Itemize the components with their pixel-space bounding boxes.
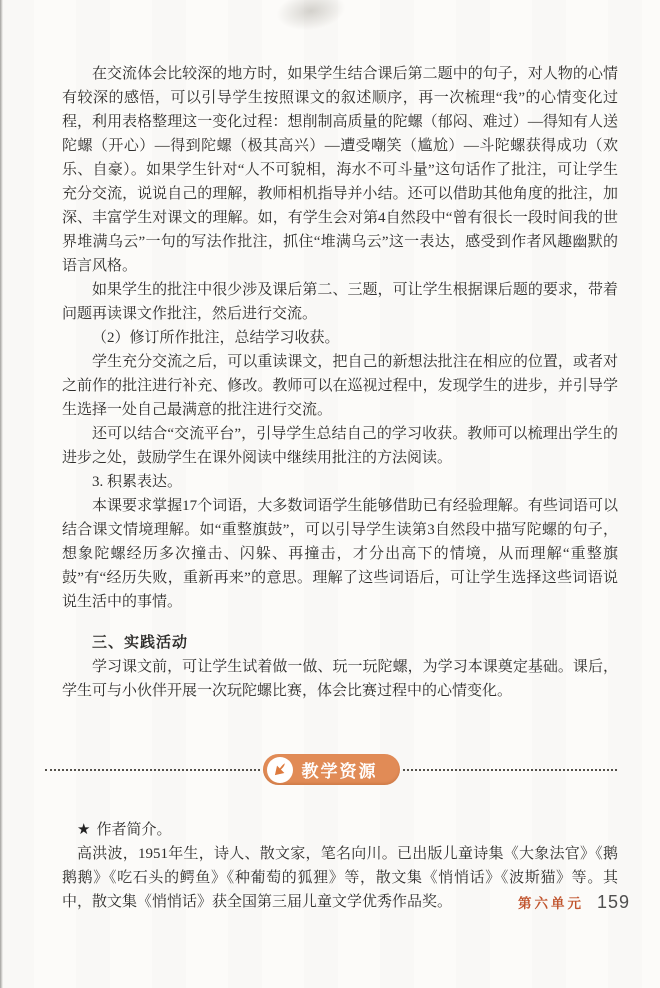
body-paragraph: 在交流体会比较深的地方时，如果学生结合课后第二题中的句子，对人物的心情有较深的感… bbox=[62, 62, 618, 278]
author-intro-label: 作者简介。 bbox=[96, 822, 171, 838]
arrow-down-right-icon bbox=[267, 757, 293, 783]
body-paragraph: 如果学生的批注中很少涉及课后第二、三题，可让学生根据课后题的要求，带着问题再读课… bbox=[62, 278, 618, 326]
dotted-rule-right bbox=[403, 769, 618, 771]
page-number: 159 bbox=[597, 892, 630, 913]
unit-label: 第六单元 bbox=[518, 892, 584, 912]
section-heading: 三、实践活动 bbox=[62, 631, 618, 655]
page-footer: 第六单元 159 bbox=[518, 892, 630, 913]
page-left-edge-shadow bbox=[0, 0, 3, 988]
author-intro-heading: ★作者简介。 bbox=[62, 818, 618, 842]
banner-pill: 教学资源 bbox=[263, 754, 400, 785]
star-icon: ★ bbox=[77, 822, 90, 838]
body-paragraph: （2）修订所作批注，总结学习收获。 bbox=[62, 326, 618, 350]
banner-label: 教学资源 bbox=[302, 757, 378, 782]
body-paragraph: 学生充分交流之后，可以重读课文，把自己的新想法批注在相应的位置，或者对之前作的批… bbox=[62, 350, 618, 422]
body-paragraph: 3. 积累表达。 bbox=[62, 470, 618, 494]
body-paragraph: 本课要求掌握17个词语，大多数词语学生能够借助已有经验理解。有些词语可以结合课文… bbox=[62, 494, 618, 614]
main-text-block: 在交流体会比较深的地方时，如果学生结合课后第二题中的句子，对人物的心情有较深的感… bbox=[0, 0, 660, 703]
body-paragraph: 还可以结合“交流平台”，引导学生总结自己的学习收获。教师可以梳理出学生的进步之处… bbox=[62, 422, 618, 470]
book-page: 在交流体会比较深的地方时，如果学生结合课后第二题中的句子，对人物的心情有较深的感… bbox=[0, 0, 660, 988]
dotted-rule-left bbox=[45, 769, 260, 771]
section-paragraph: 学习课文前，可让学生试着做一做、玩一玩陀螺，为学习本课奠定基础。课后，学生可与小… bbox=[62, 655, 618, 703]
teaching-resources-banner: 教学资源 bbox=[0, 754, 660, 785]
